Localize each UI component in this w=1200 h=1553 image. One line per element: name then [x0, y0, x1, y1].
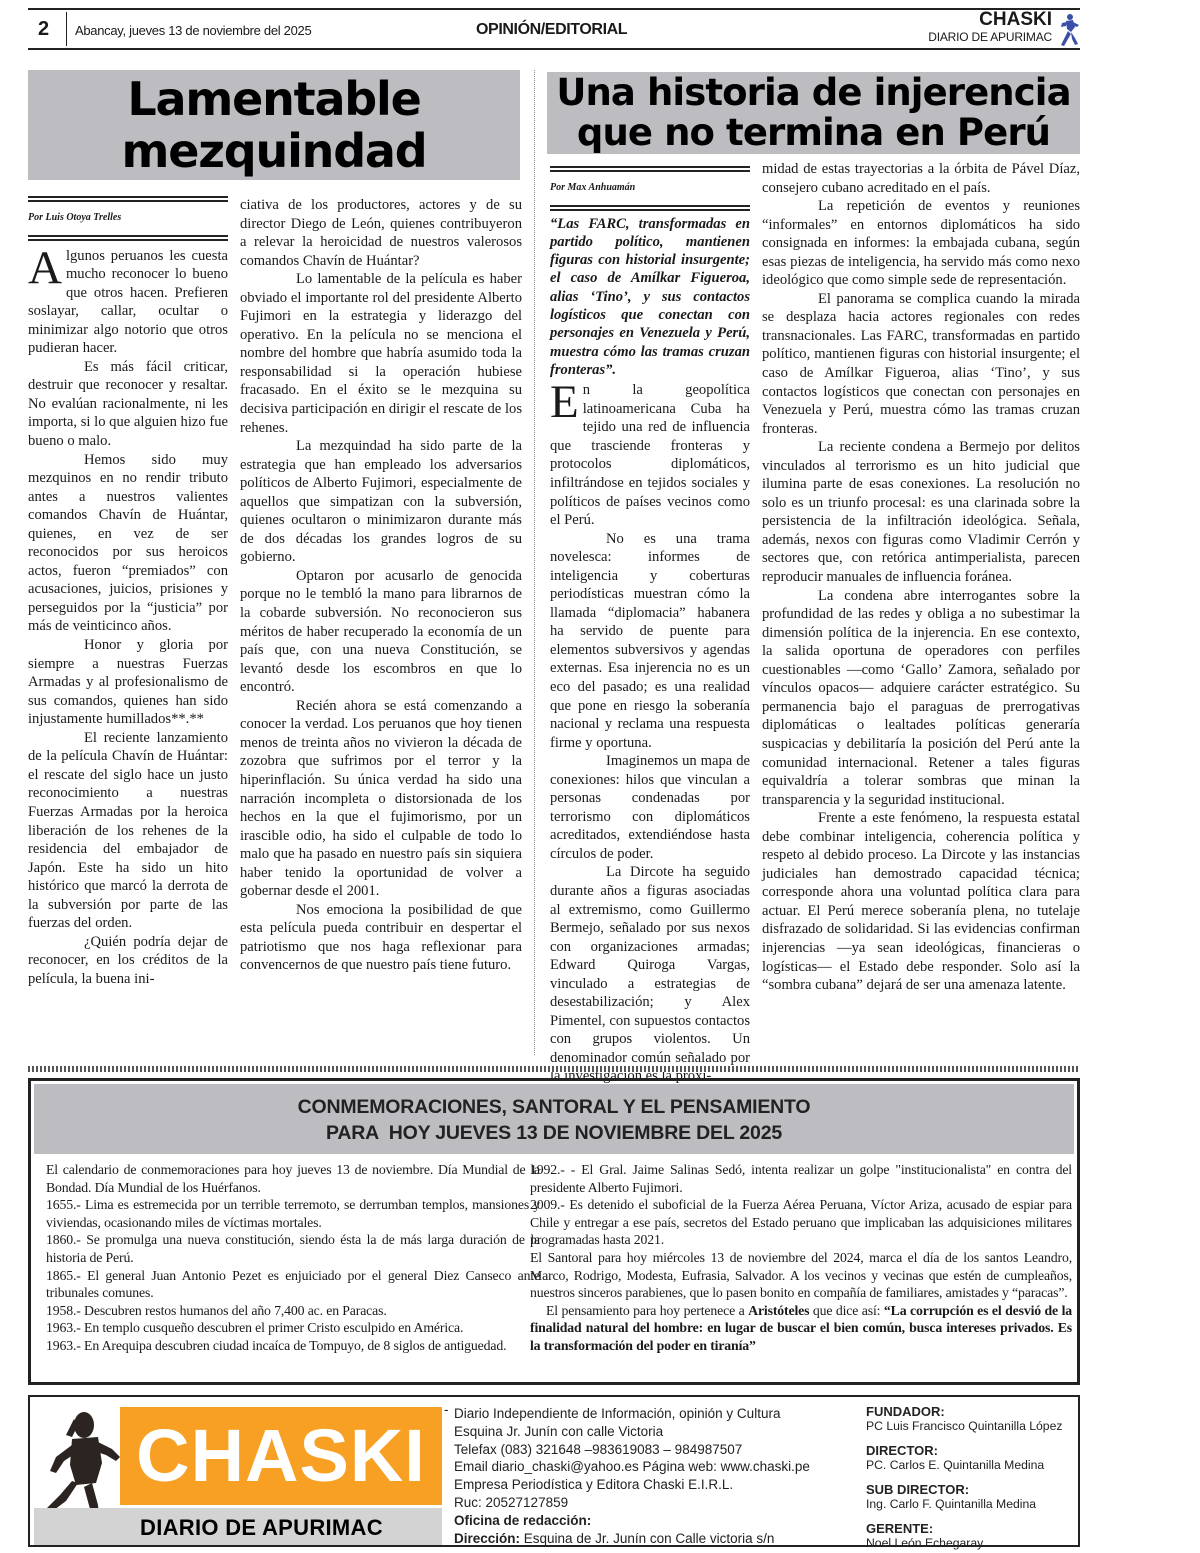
conmemoraciones-box: CONMEMORACIONES, SANTORAL Y EL PENSAMIEN…: [28, 1078, 1080, 1385]
staff-role: DIRECTOR:: [866, 1444, 1062, 1458]
staff-name: Noel León Echegaray: [866, 1536, 1062, 1550]
article-left-column-2: ciativa de los productores, actores y de…: [240, 196, 522, 975]
article-right-column-1: Por Max Anhuamán “Las FARC, transformada…: [550, 166, 750, 1086]
paragraph: La repetición de eventos y reuniones “in…: [762, 197, 1080, 290]
pensamiento: El pensamiento para hoy pertenece a Aris…: [530, 1302, 1072, 1355]
event-item: 1865.- El general Juan Antonio Pezet es …: [46, 1267, 540, 1302]
heading-line: PARA HOY JUEVES 13 DE NOVIEMBRE DEL 2025: [34, 1120, 1074, 1146]
footer-logo-orange: CHASKI: [120, 1407, 442, 1505]
staff-name: Ing. Carlo F. Quintanilla Medina: [866, 1497, 1062, 1511]
info-line: Esquina Jr. Junín con calle Victoria: [454, 1423, 810, 1441]
double-rule: [550, 205, 750, 211]
paragraph: Algunos peruanos les cuesta mucho recono…: [28, 247, 228, 358]
masthead-divider: [66, 12, 67, 46]
footer-imprint: CHASKI DIARIO DE APURIMAC - Diario Indep…: [28, 1395, 1080, 1547]
conmemoraciones-right-column: 1992.- - El Gral. Jaime Salinas Sedó, in…: [530, 1161, 1072, 1355]
article-right-column-2: midad de estas trayectorias a la órbita …: [762, 160, 1080, 995]
santoral: El Santoral para hoy miércoles 13 de nov…: [530, 1249, 1072, 1302]
paragraph: No es una trama novelesca: informes de i…: [550, 530, 750, 753]
paragraph: La reciente condena a Bermejo por delito…: [762, 438, 1080, 586]
brand-subtitle: DIARIO DE APURIMAC: [928, 30, 1052, 44]
paragraph: En la geopolítica latinoamericana Cuba h…: [550, 381, 750, 529]
dash-mark: -: [444, 1401, 449, 1419]
lead-quote: “Las FARC, transformadas en partido polí…: [550, 215, 750, 380]
paragraph: La condena abre interrogantes sobre la p…: [762, 587, 1080, 810]
paragraph: Optaron por acusarlo de genocida porque …: [240, 567, 522, 697]
info-line: Diario Independiente de Información, opi…: [454, 1405, 810, 1423]
section-name: OPINIÓN/EDITORIAL: [476, 21, 627, 39]
article-left-column-1: Por Luis Otoya Trelles Algunos peruanos …: [28, 196, 228, 988]
paragraph: Nos emociona la posibilidad de que esta …: [240, 901, 522, 975]
paragraph: La Dircote ha seguido durante años a fig…: [550, 863, 750, 1086]
info-line: Empresa Periodística y Editora Chaski E.…: [454, 1476, 810, 1494]
title-line: mezquindad: [122, 124, 427, 178]
staff-role: GERENTE:: [866, 1522, 1062, 1536]
heading-line: CONMEMORACIONES, SANTORAL Y EL PENSAMIEN…: [34, 1094, 1074, 1120]
event-item: 1860.- Se promulga una nueva constitució…: [46, 1231, 540, 1266]
event-item: 1958.- Descubren restos humanos del año …: [46, 1302, 540, 1320]
pensamiento-author: Aristóteles: [748, 1303, 809, 1318]
paragraph: La mezquindad ha sido parte de la estrat…: [240, 437, 522, 567]
event-item: 1992.- - El Gral. Jaime Salinas Sedó, in…: [530, 1161, 1072, 1196]
paragraph: Lo lamentable de la película es haber ob…: [240, 270, 522, 437]
footer-contact-info: - Diario Independiente de Información, o…: [454, 1405, 810, 1547]
drop-cap: A: [28, 249, 62, 287]
footer-staff: FUNDADOR: PC Luis Francisco Quintanilla …: [866, 1405, 1062, 1553]
drop-cap: E: [550, 383, 579, 421]
double-rule: [28, 235, 228, 241]
direccion-label: Dirección:: [454, 1531, 520, 1546]
staff-role: SUB DIRECTOR:: [866, 1483, 1062, 1497]
page-number: 2: [38, 18, 49, 41]
staff-name: PC. Carlos E. Quintanilla Medina: [866, 1458, 1062, 1472]
info-line: Telefax (083) 321648 –983619083 – 984987…: [454, 1441, 810, 1459]
masthead: 2 Abancay, jueves 13 de noviembre del 20…: [28, 8, 1080, 50]
info-line: Ruc: 20527127859: [454, 1494, 810, 1512]
paragraph: ¿Quién podría dejar de reconocer, en los…: [28, 933, 228, 989]
title-line: Lamentable: [127, 72, 420, 126]
oficina-label: Oficina de redacción:: [454, 1513, 591, 1528]
pensamiento-intro: El pensamiento para hoy pertenece a: [546, 1303, 748, 1318]
paragraph: midad de estas trayectorias a la órbita …: [762, 160, 1080, 197]
paragraph: Recién ahora se está comenzando a conoce…: [240, 697, 522, 901]
title-line: que no termina en Perú: [577, 111, 1050, 154]
paragraph: ciativa de los productores, actores y de…: [240, 196, 522, 270]
hatched-separator: [28, 1066, 1080, 1072]
footer-logo-text: CHASKI: [120, 1407, 442, 1505]
paragraph: Hemos sido muy mezquinos en no rendir tr…: [28, 451, 228, 636]
footer-logo-band: DIARIO DE APURIMAC: [34, 1508, 442, 1545]
column-divider: [534, 70, 535, 1055]
paragraph: Frente a este fenómeno, la respuesta est…: [762, 809, 1080, 994]
paragraph-text: n la geopolítica latinoamericana Cuba ha…: [550, 382, 750, 528]
pensamiento-mid: que dice así:: [809, 1303, 884, 1318]
article-title-left: Lamentable mezquindad: [28, 70, 520, 180]
chaski-runner-icon: [1058, 13, 1080, 47]
byline: Por Max Anhuamán: [550, 172, 750, 205]
event-item: 2009.- Es detenido el suboficial de la F…: [530, 1196, 1072, 1249]
paragraph: El reciente lanzamiento de la película C…: [28, 729, 228, 933]
article-title-right: Una historia de injerencia que no termin…: [547, 72, 1080, 154]
info-line-email-web: Email diario_chaski@yahoo.es Página web:…: [454, 1458, 810, 1476]
direccion-value: Esquina de Jr. Junín con Calle victoria …: [520, 1531, 774, 1546]
brand-name: CHASKI: [928, 10, 1052, 30]
paragraph: Imaginemos un mapa de conexiones: hilos …: [550, 752, 750, 863]
event-item: 1963.- En Arequipa descubren ciudad inca…: [46, 1337, 540, 1355]
event-item: 1963.- En templo cusqueño descubren el p…: [46, 1319, 540, 1337]
event-item: 1655.- Lima es estremecida por un terrib…: [46, 1196, 540, 1231]
footer-logo-subtitle: DIARIO DE APURIMAC: [140, 1515, 383, 1541]
byline: Por Luis Otoya Trelles: [28, 202, 228, 235]
masthead-brand: CHASKI DIARIO DE APURIMAC: [928, 10, 1052, 44]
conmemoraciones-left-column: El calendario de conmemoraciones para ho…: [46, 1161, 540, 1355]
staff-name: PC Luis Francisco Quintanilla López: [866, 1419, 1062, 1433]
paragraph: El panorama se complica cuando la mirada…: [762, 290, 1080, 438]
staff-role: FUNDADOR:: [866, 1405, 1062, 1419]
title-line: Una historia de injerencia: [556, 71, 1070, 114]
paragraph: Honor y gloria por siempre a nuestras Fu…: [28, 636, 228, 729]
paragraph: Es más fácil criticar, destruir que reco…: [28, 358, 228, 451]
conmemoraciones-heading: CONMEMORACIONES, SANTORAL Y EL PENSAMIEN…: [34, 1084, 1074, 1154]
issue-date: Abancay, jueves 13 de noviembre del 2025: [75, 23, 311, 38]
event-item: El calendario de conmemoraciones para ho…: [46, 1161, 540, 1196]
